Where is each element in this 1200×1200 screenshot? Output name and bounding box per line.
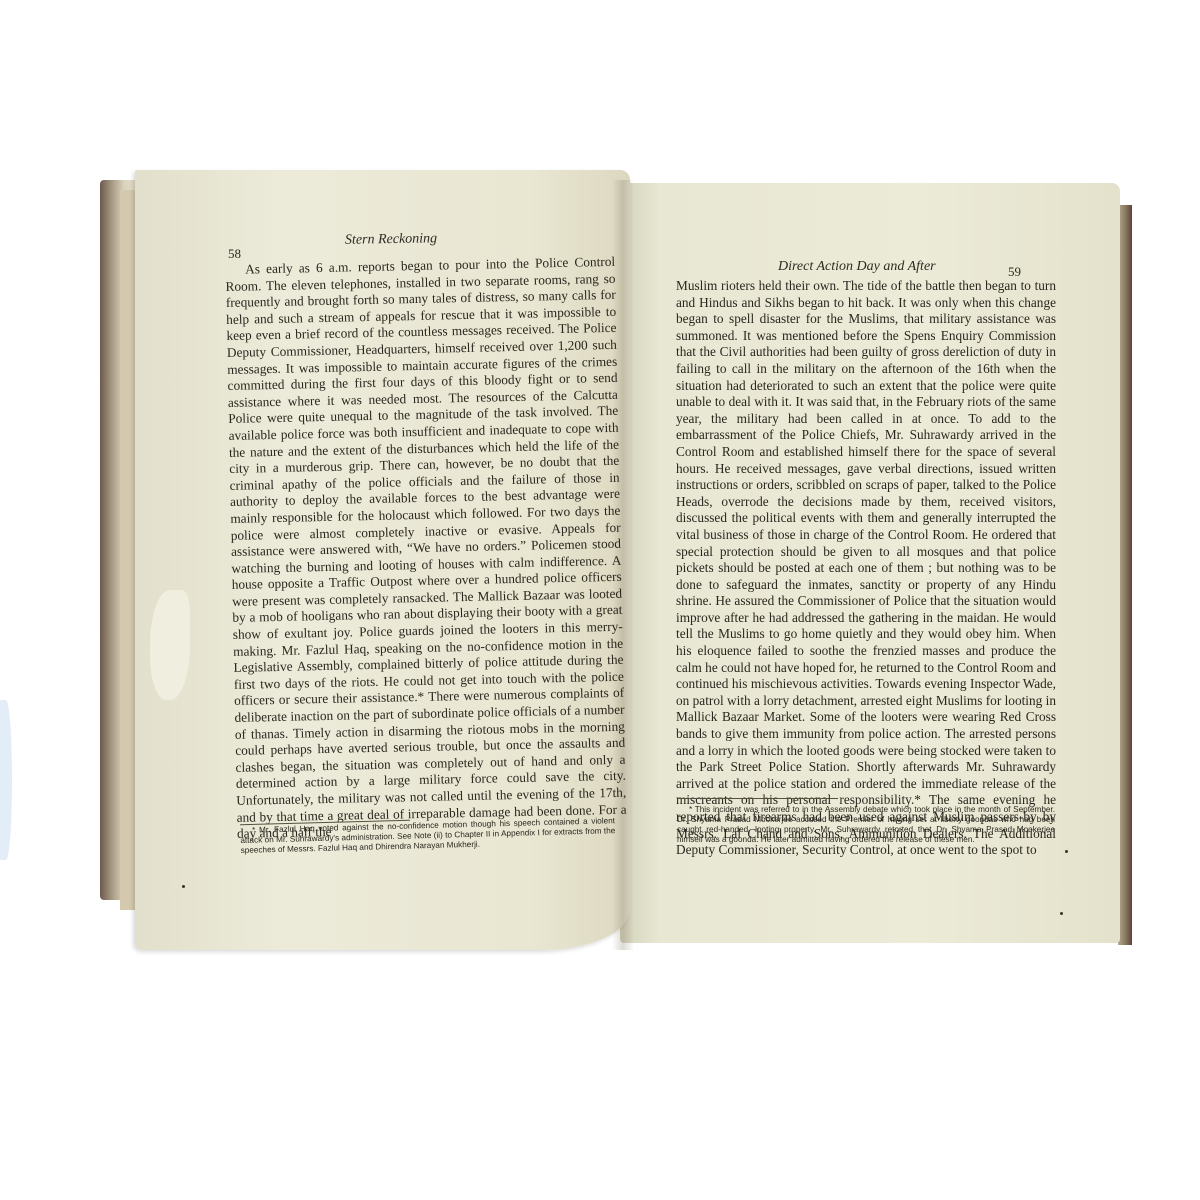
- left-running-head: Stern Reckoning: [345, 231, 437, 249]
- paper-speck: [1060, 912, 1063, 915]
- left-page-number: 58: [228, 246, 241, 262]
- right-footnote-rule: [678, 798, 838, 799]
- paper-speck: [182, 885, 185, 888]
- paper-speck: [1065, 850, 1068, 853]
- left-body-text: As early as 6 a.m. reports began to pour…: [225, 254, 627, 843]
- right-running-head: Direct Action Day and After: [778, 259, 936, 275]
- right-paragraph: Muslim rioters held their own. The tide …: [676, 278, 1056, 859]
- right-footnote: * This incident was referred to in the A…: [677, 805, 1055, 845]
- page-tear: [150, 590, 190, 700]
- book-cover-right: [1118, 205, 1132, 945]
- left-paragraph: As early as 6 a.m. reports began to pour…: [225, 254, 627, 843]
- background-shadow: [0, 700, 12, 860]
- right-footnote-text: * This incident was referred to in the A…: [677, 805, 1055, 845]
- right-body-text: Muslim rioters held their own. The tide …: [676, 278, 1056, 859]
